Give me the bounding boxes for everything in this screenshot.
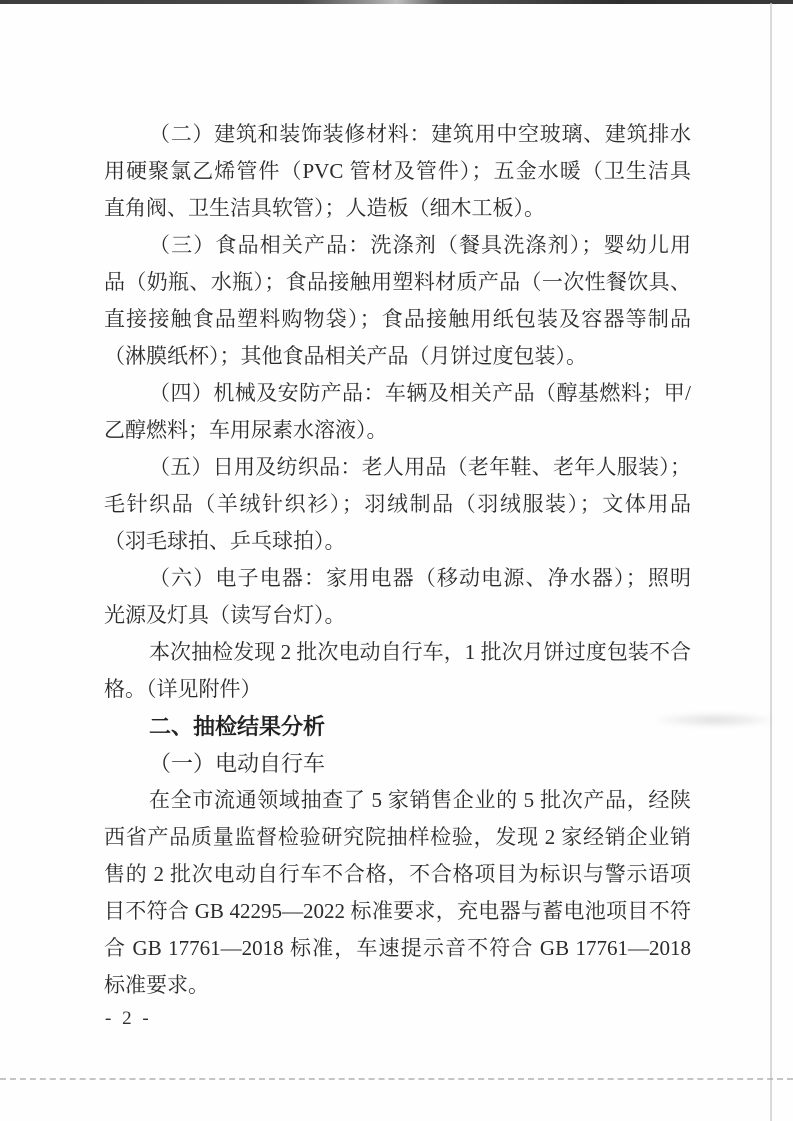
text-line: 直角阀、卫生洁具软管）；人造板（细木工板）。 — [104, 190, 691, 227]
text-line: 品（奶瓶、水瓶）；食品接触用塑料材质产品（一次性餐饮具、 — [104, 264, 691, 301]
scanned-document-page: （二）建筑和装饰装修材料：建筑用中空玻璃、建筑排水用硬聚氯乙烯管件（PVC 管材… — [0, 0, 793, 1121]
page-number: - 2 - — [105, 1004, 152, 1034]
text-line: （四）机械及安防产品：车辆及相关产品（醇基燃料；甲/ — [104, 375, 691, 412]
text-line: 乙醇燃料；车用尿素水溶液）。 — [104, 412, 691, 449]
text-line: （二）建筑和装饰装修材料：建筑用中空玻璃、建筑排水 — [104, 116, 691, 153]
text-line: （淋膜纸杯）；其他食品相关产品（月饼过度包装）。 — [104, 338, 691, 375]
text-line: 西省产品质量监督检验研究院抽样检验，发现 2 家经销企业销 — [104, 819, 691, 856]
text-line: 售的 2 批次电动自行车不合格，不合格项目为标识与警示语项 — [104, 856, 691, 893]
text-line: 直接接触食品塑料购物袋）；食品接触用纸包装及容器等制品 — [104, 301, 691, 338]
section-heading: 二、抽检结果分析 — [104, 708, 691, 745]
text-line: 本次抽检发现 2 批次电动自行车，1 批次月饼过度包装不合 — [104, 634, 691, 671]
text-line: 格。（详见附件） — [104, 671, 691, 708]
scan-artifact-vertical-line — [770, 3, 772, 1121]
text-line: 用硬聚氯乙烯管件（PVC 管材及管件）；五金水暖（卫生洁具 — [104, 153, 691, 190]
text-line: 合 GB 17761—2018 标准，车速提示音不符合 GB 17761—201… — [104, 930, 691, 967]
scan-artifact-bottom-dashed-line — [0, 1078, 793, 1080]
text-line: 光源及灯具（读写台灯）。 — [104, 597, 691, 634]
document-body: （二）建筑和装饰装修材料：建筑用中空玻璃、建筑排水用硬聚氯乙烯管件（PVC 管材… — [104, 116, 691, 1004]
text-line: （羽毛球拍、乒乓球拍）。 — [104, 523, 691, 560]
text-line: 在全市流通领域抽查了 5 家销售企业的 5 批次产品，经陕 — [104, 782, 691, 819]
text-line: （三）食品相关产品：洗涤剂（餐具洗涤剂）；婴幼儿用 — [104, 227, 691, 264]
text-line: 目不符合 GB 42295—2022 标准要求，充电器与蓄电池项目不符 — [104, 893, 691, 930]
text-line: （五）日用及纺织品：老人用品（老年鞋、老年人服装）； — [104, 449, 691, 486]
section-heading: （一）电动自行车 — [104, 745, 691, 782]
text-line: 标准要求。 — [104, 967, 691, 1004]
text-line: （六）电子电器：家用电器（移动电源、净水器）；照明 — [104, 560, 691, 597]
text-line: 毛针织品（羊绒针织衫）；羽绒制品（羽绒服装）；文体用品 — [104, 486, 691, 523]
scan-artifact-top-edge — [0, 0, 793, 4]
